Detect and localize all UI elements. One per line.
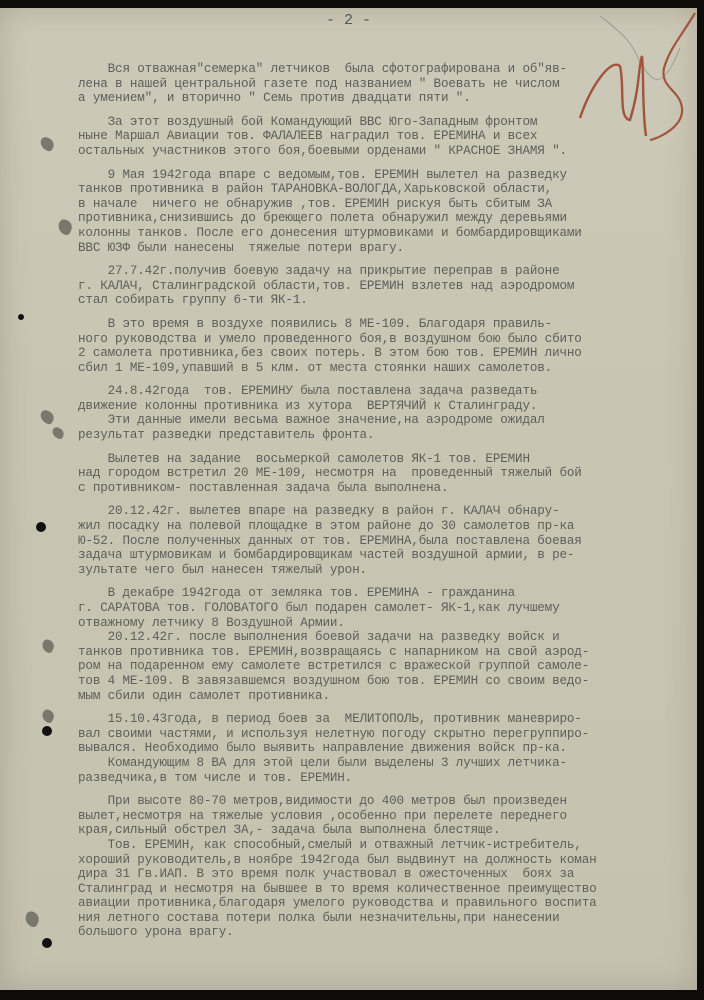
text-line: ния летного состава потери полка были не… [78, 911, 698, 926]
paragraph-gap [78, 577, 698, 586]
paragraph: В это время в воздухе появились 8 МЕ-109… [78, 317, 698, 375]
punch-hole [42, 938, 52, 948]
punch-hole [42, 726, 52, 736]
text-line: При высоте 80-70 метров,видимости до 400… [78, 794, 698, 809]
text-line: Тов. ЕРЕМИН, как способный,смелый и отва… [78, 838, 698, 853]
paragraph: В декабре 1942года от земляка тов. ЕРЕМИ… [78, 586, 698, 703]
text-line: тов 4 МЕ-109. В завязавшемся воздушном б… [78, 674, 698, 689]
paragraph-gap [78, 375, 698, 384]
text-line: с противником- поставленная задача была … [78, 481, 698, 496]
paragraph: За этот воздушный бой Командующий ВВС Юг… [78, 115, 698, 159]
text-line: Сталинград и несмотря на бывшее в то вре… [78, 882, 698, 897]
text-line: вывался. Необходимо было выявить направл… [78, 741, 698, 756]
punch-hole [36, 522, 46, 532]
punch-hole [38, 136, 56, 153]
text-line: В это время в воздухе появились 8 МЕ-109… [78, 317, 698, 332]
text-line: стал собирать группу 6-ти ЯК-1. [78, 293, 698, 308]
text-line: 20.12.42г. после выполнения боевой задач… [78, 630, 698, 645]
punch-hole [40, 708, 56, 724]
text-line: Ю-52. После полученных данных от тов. ЕР… [78, 534, 698, 549]
text-line: 27.7.42г.получив боевую задачу на прикры… [78, 264, 698, 279]
text-line: танков противника в район ТАРАНОВКА-ВОЛО… [78, 182, 698, 197]
paragraph: При высоте 80-70 метров,видимости до 400… [78, 794, 698, 940]
text-line: дира 31 Гв.ИАП. В это время полк участво… [78, 867, 698, 882]
text-line: отважному летчику 8 Воздушной Армии. [78, 616, 698, 631]
text-line: лена в нашей центральной газете под назв… [78, 77, 698, 92]
text-line: ром на подаренном ему самолете встретилс… [78, 659, 698, 674]
text-line: 9 Мая 1942года впаре с ведомым,тов. ЕРЕМ… [78, 168, 698, 183]
text-line: зультате чего был нанесен тяжелый урон. [78, 563, 698, 578]
punch-hole [18, 314, 24, 320]
text-line: вал своими частями, и используя нелетную… [78, 727, 698, 742]
text-line: мым сбили один самолет противника. [78, 689, 698, 704]
paragraph: 24.8.42года тов. ЕРЕМИНУ была поставлена… [78, 384, 698, 442]
punch-hole [23, 910, 42, 929]
paragraph-gap [78, 495, 698, 504]
text-line: В декабре 1942года от земляка тов. ЕРЕМИ… [78, 586, 698, 601]
text-line: над городом встретил 20 МЕ-109, несмотря… [78, 466, 698, 481]
paragraph-gap [78, 159, 698, 168]
paragraph: 15.10.43года, в период боев за МЕЛИТОПОЛ… [78, 712, 698, 785]
punch-hole [38, 409, 56, 426]
text-line: жил посадку на полевой площадке в этом р… [78, 519, 698, 534]
paragraph: Вылетев на задание восьмеркой самолетов … [78, 452, 698, 496]
paragraph: 27.7.42г.получив боевую задачу на прикры… [78, 264, 698, 308]
text-line: колонны танков. После его донесения штур… [78, 226, 698, 241]
text-line: большого урона врагу. [78, 925, 698, 940]
text-line: в начале ничего не обнаружив ,тов. ЕРЕМИ… [78, 197, 698, 212]
text-line: остальных участников этого боя,боевыми о… [78, 144, 698, 159]
text-line: Вылетев на задание восьмеркой самолетов … [78, 452, 698, 467]
text-line: задача штурмовикам и бомбардировщикам ча… [78, 548, 698, 563]
text-line: Вся отважная"семерка" летчиков была сфот… [78, 62, 698, 77]
text-line: сбил 1 МЕ-109,упавший в 5 клм. от места … [78, 361, 698, 376]
text-line: ныне Маршал Авиации тов. ФАЛАЛЕЕВ наград… [78, 129, 698, 144]
text-line: результат разведки представитель фронта. [78, 428, 698, 443]
text-line: Эти данные имели весьма важное значение,… [78, 413, 698, 428]
text-line: хороший руководитель,в ноябре 1942года б… [78, 853, 698, 868]
paragraph-gap [78, 255, 698, 264]
text-line: противника,снизившись до бреющего полета… [78, 211, 698, 226]
text-line: 20.12.42г. вылетев впаре на разведку в р… [78, 504, 698, 519]
punch-hole [50, 426, 65, 440]
text-line: движение колонны противника из хутора ВЕ… [78, 399, 698, 414]
document-page: - 2 - Вся отважная"семерка" летчиков был… [0, 8, 697, 990]
punch-hole [56, 218, 75, 237]
text-line: ВВС ЮЗФ были нанесены тяжелые потери вра… [78, 241, 698, 256]
paragraph: Вся отважная"семерка" летчиков была сфот… [78, 62, 698, 106]
paragraph-gap [78, 443, 698, 452]
paragraph: 20.12.42г. вылетев впаре на разведку в р… [78, 504, 698, 577]
document-body: Вся отважная"семерка" летчиков была сфот… [78, 62, 698, 940]
paragraph-gap [78, 785, 698, 794]
text-line: 2 самолета противника,без своих потерь. … [78, 346, 698, 361]
text-line: разведчика,в том числе и тов. ЕРЕМИН. [78, 771, 698, 786]
punch-hole [40, 638, 56, 654]
text-line: За этот воздушный бой Командующий ВВС Юг… [78, 115, 698, 130]
text-line: 24.8.42года тов. ЕРЕМИНУ была поставлена… [78, 384, 698, 399]
paragraph: 9 Мая 1942года впаре с ведомым,тов. ЕРЕМ… [78, 168, 698, 256]
paragraph-gap [78, 703, 698, 712]
paragraph-gap [78, 308, 698, 317]
text-line: г. КАЛАЧ, Сталинградской области,тов. ЕР… [78, 279, 698, 294]
text-line: г. САРАТОВА тов. ГОЛОВАТОГО был подарен … [78, 601, 698, 616]
text-line: Командующим 8 ВА для этой цели были выде… [78, 756, 698, 771]
text-line: вылет,несмотря на тяжелые условия ,особе… [78, 809, 698, 824]
text-line: ного руководства и умело проведенного бо… [78, 332, 698, 347]
text-line: авиации противника,благодаря умелого рук… [78, 896, 698, 911]
text-line: а умением", и вторично " Семь против два… [78, 91, 698, 106]
text-line: 15.10.43года, в период боев за МЕЛИТОПОЛ… [78, 712, 698, 727]
text-line: края,сильный обстрел ЗА,- задача была вы… [78, 823, 698, 838]
paragraph-gap [78, 106, 698, 115]
text-line: танков противника тов. ЕРЕМИН,возвращаяс… [78, 645, 698, 660]
